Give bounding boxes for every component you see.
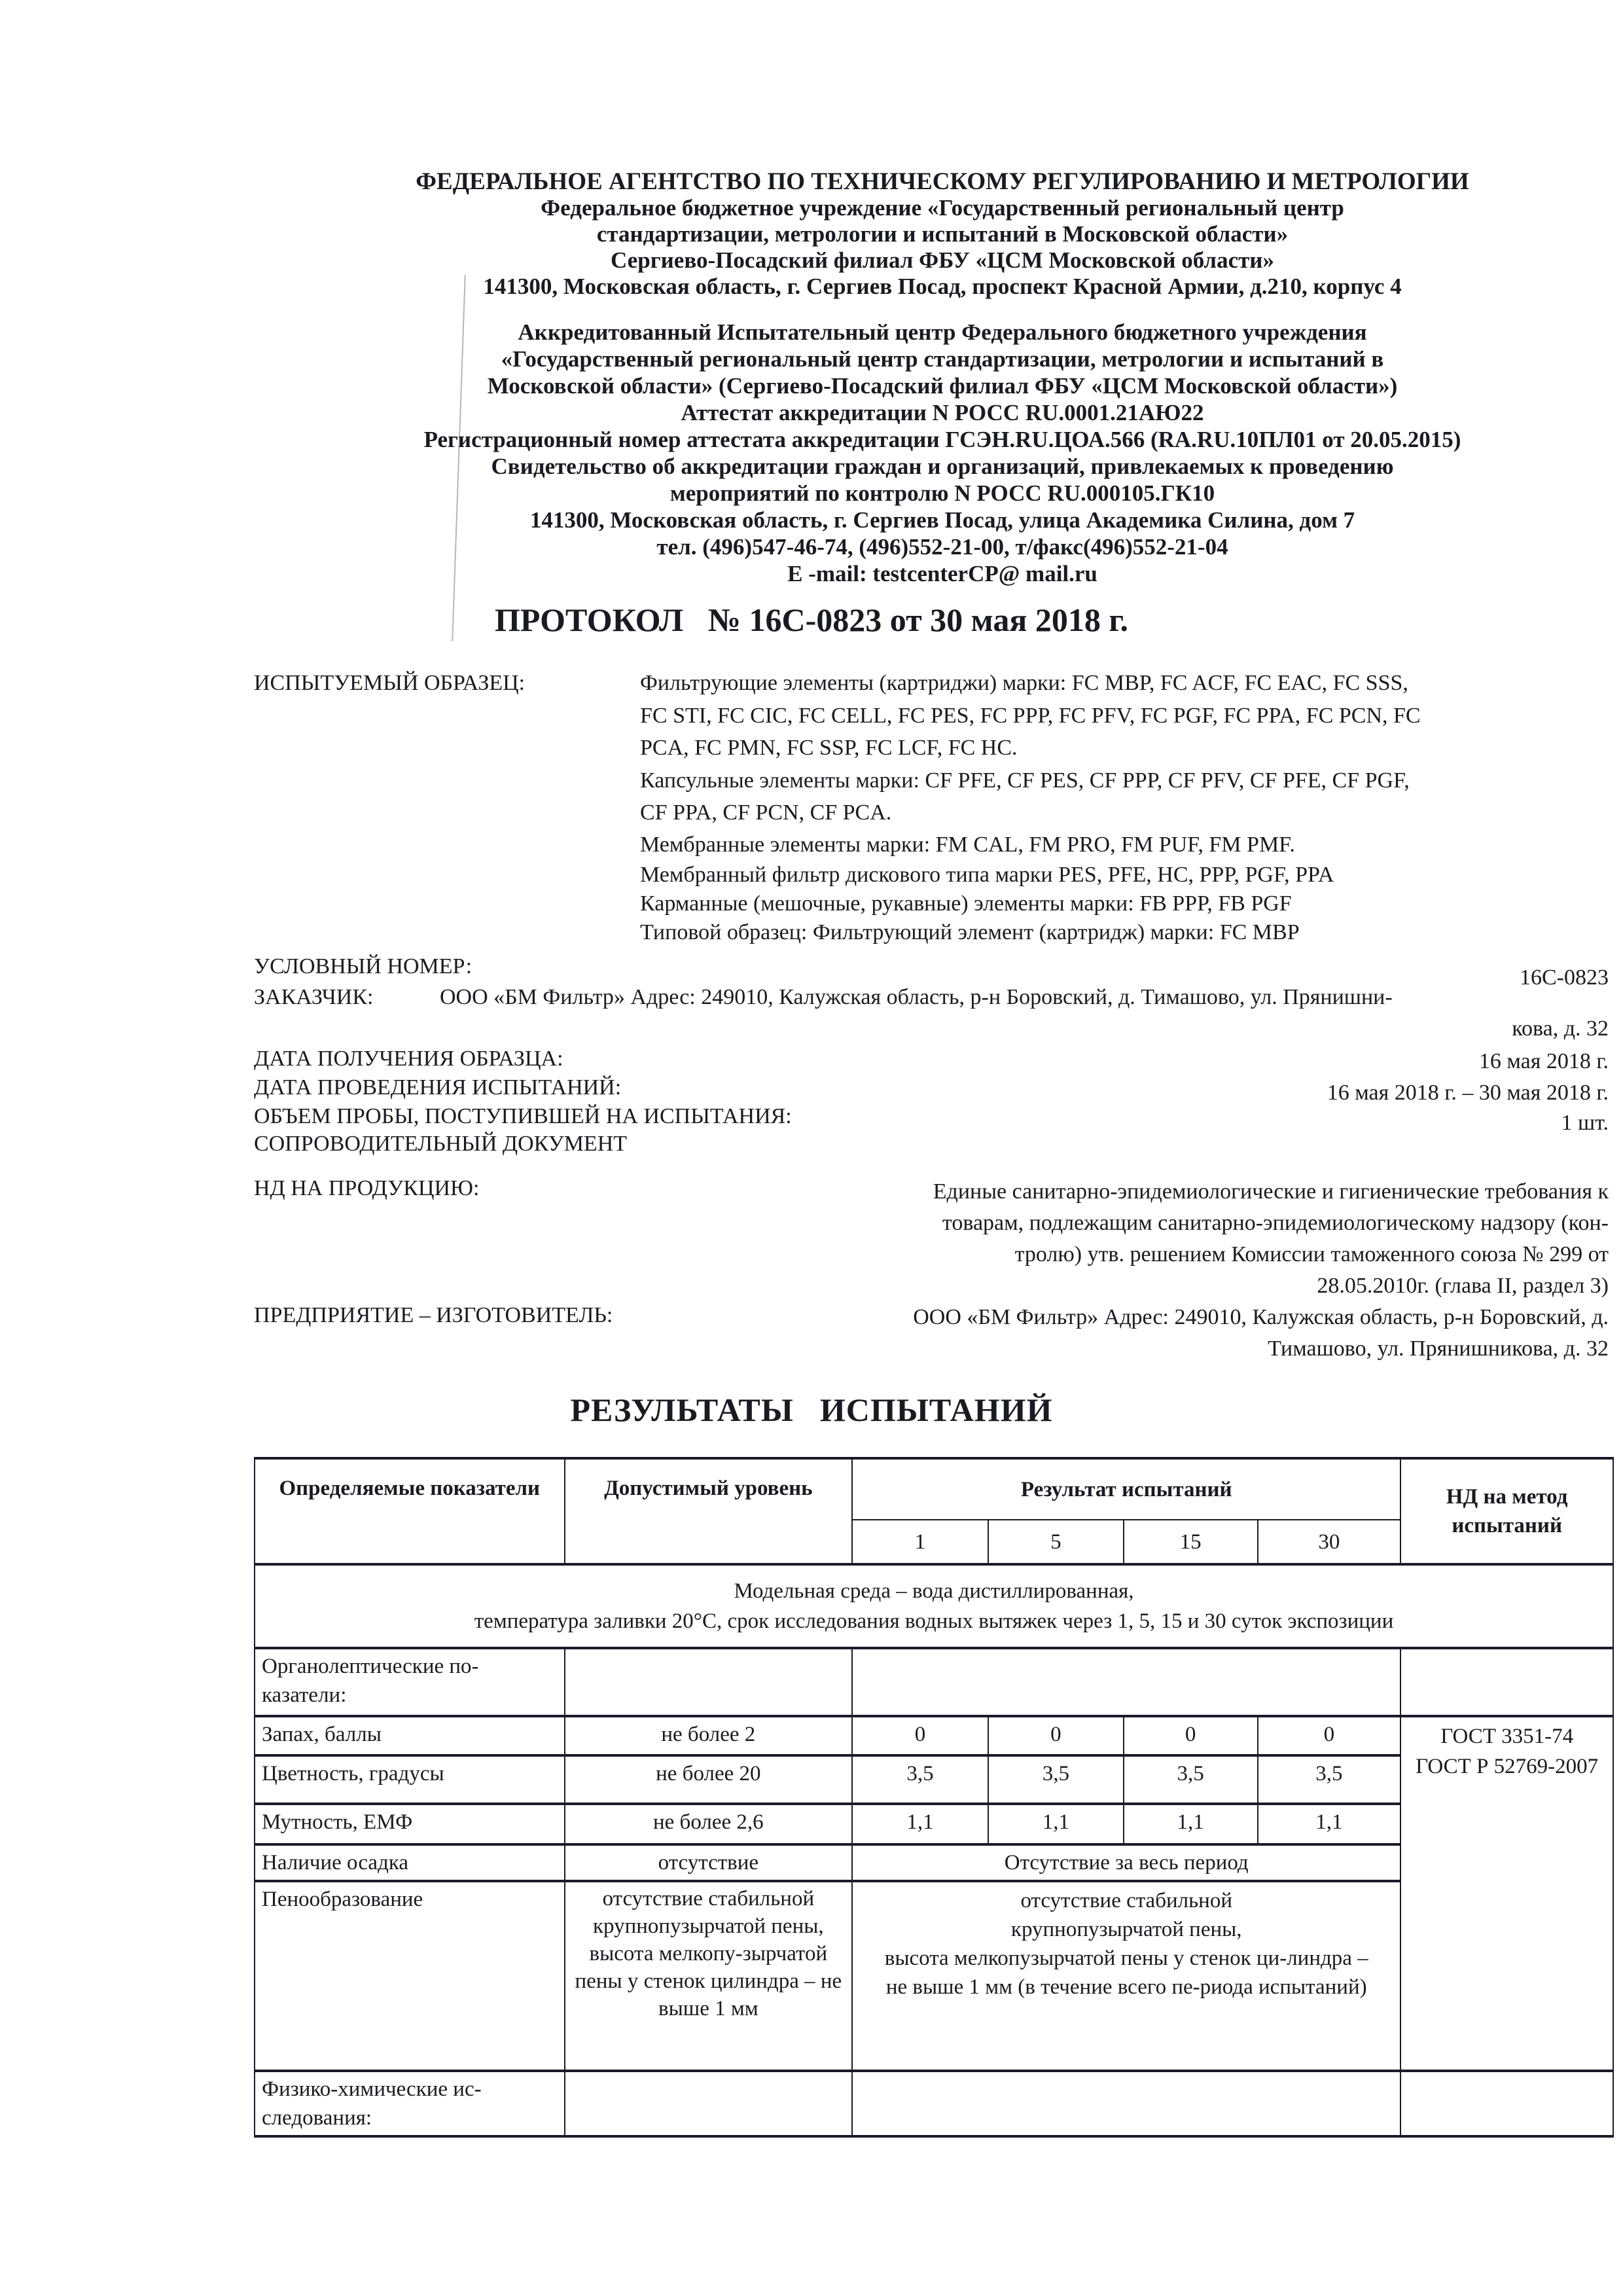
lab-line: «Государственный региональный центр стан… [314,346,1571,372]
results-title: РЕЗУЛЬТАТЫИСПЫТАНИЙ [0,1391,1623,1429]
receipt-date-value: 16 мая 2018 г. [1479,1047,1609,1076]
foam-result-line: высота мелкопузырчатой пены у стенок ци-… [879,1944,1374,2001]
method-reference: ГОСТ 3351-74 ГОСТ Р 52769-2007 [1400,1716,1613,2071]
result-value: 0 [1258,1716,1401,1755]
sample-line: Мембранный фильтр дискового типа марки P… [640,861,1421,889]
agency-header: ФЕДЕРАЛЬНОЕ АГЕНТСТВО ПО ТЕХНИЧЕСКОМУ РЕ… [327,169,1558,300]
accompanying-doc-label: СОПРОВОДИТЕЛЬНЫЙ ДОКУМЕНТ [254,1130,627,1158]
header-result: Результат испытаний [852,1458,1400,1520]
sample-line: PCA, FC PMN, FC SSP, FC LCF, FC HC. [640,732,1421,764]
customer-label: ЗАКАЗЧИК: [254,983,373,1012]
code-value: 16С-0823 [1520,963,1609,992]
registration-number: Регистрационный номер аттестата аккредит… [314,426,1571,453]
lab-header: Аккредитованный Испытательный центр Феде… [314,319,1571,587]
allowed-level: не более 2 [565,1716,853,1755]
results-title-word: ИСПЫТАНИЙ [820,1391,1053,1428]
result-value: 1,1 [1124,1804,1258,1844]
protocol-title: ПРОТОКОЛ № 16С-0823 от 30 мая 2018 г. [0,601,1623,639]
section-physchem: Физико-химические ис-следования: [255,2071,565,2136]
org-address: 141300, Московская область, г. Сергиев П… [327,274,1558,300]
lab-phone: тел. (496)547-46-74, (496)552-21-00, т/ф… [314,533,1571,560]
customer-value-line1: ООО «БМ Фильтр» Адрес: 249010, Калужская… [440,983,1393,1012]
product-nd-line: Единые санитарно-эпидемиологические и ги… [933,1176,1609,1208]
header-method: НД на метод испытаний [1400,1458,1613,1564]
header-day: 30 [1258,1520,1401,1564]
result-value: 3,5 [852,1755,988,1804]
sample-line: Карманные (мешочные, рукавные) элементы … [640,889,1421,918]
accreditation-certificate: Аттестат аккредитации N РОСС RU.0001.21А… [314,399,1571,426]
lab-email: E -mail: testcenterCP@ mail.ru [314,560,1571,587]
indicator-name: Цветность, градусы [255,1755,565,1804]
sample-line: Капсульные элементы марки: CF PFE, CF PE… [640,764,1421,797]
indicator-name: Запах, баллы [255,1716,565,1755]
sample-volume-value: 1 шт. [1561,1109,1609,1138]
sample-line: Мембранные элементы марки: FM CAL, FM PR… [640,829,1421,861]
manufacturer-line: ООО «БМ Фильтр» Адрес: 249010, Калужская… [913,1302,1609,1333]
result-value: 3,5 [988,1755,1124,1804]
manufacturer-line: Тимашово, ул. Прянишникова, д. 32 [913,1333,1609,1365]
allowed-level: не более 20 [565,1755,853,1804]
conditions-line: Модельная среда – вода дистиллированная, [262,1576,1606,1606]
org-line: Сергиево-Посадский филиал ФБУ «ЦСМ Моско… [327,247,1558,274]
org-line: стандартизации, метрологии и испытаний в… [327,221,1558,247]
org-line: Федеральное бюджетное учреждение «Госуда… [327,195,1558,221]
result-value: 0 [1124,1716,1258,1755]
empty-cell [852,2071,1400,2136]
sample-line: CF PPA, CF PCN, CF PCA. [640,797,1421,829]
manufacturer-label: ПРЕДПРИЯТИЕ – ИЗГОТОВИТЕЛЬ: [254,1301,613,1330]
result-value: 1,1 [852,1804,988,1844]
manufacturer-value: ООО «БМ Фильтр» Адрес: 249010, Калужская… [913,1302,1609,1365]
conditions-line: температура заливки 20°С, срок исследова… [262,1606,1606,1636]
allowed-level: не более 2,6 [565,1804,853,1844]
indicator-name: Пенообразование [255,1881,565,2071]
allowed-level: отсутствие стабильной крупнопузырчатой п… [565,1881,853,2071]
code-label: УСЛОВНЫЙ НОМЕР: [254,952,472,981]
test-dates-label: ДАТА ПРОВЕДЕНИЯ ИСПЫТАНИЙ: [254,1073,621,1102]
header-indicator: Определяемые показатели [255,1458,565,1564]
empty-cell [852,1648,1400,1716]
empty-cell [1400,1648,1613,1716]
lab-line: мероприятий по контролю N РОСС RU.000105… [314,480,1571,507]
product-nd-line: товарам, подлежащим санитарно-эпидемиоло… [933,1208,1609,1239]
sample-label: ИСПЫТУЕМЫЙ ОБРАЗЕЦ: [254,669,525,698]
header-day: 5 [988,1520,1124,1564]
sample-line: Типовой образец: Фильтрующий элемент (ка… [640,918,1421,947]
result-value: 3,5 [1124,1755,1258,1804]
empty-cell [565,1648,853,1716]
results-table: Определяемые показатели Допустимый урове… [254,1457,1614,2138]
product-nd-line: 28.05.2010г. (глава II, раздел 3) [933,1270,1609,1302]
empty-cell [1400,2071,1613,2136]
result-value: отсутствие стабильной крупнопузырчатой п… [852,1881,1400,2071]
result-value: Отсутствие за весь период [852,1844,1400,1881]
receipt-date-label: ДАТА ПОЛУЧЕНИЯ ОБРАЗЦА: [254,1045,563,1073]
sample-line: FC STI, FC CIC, FC CELL, FC PES, FC PPP,… [640,700,1421,732]
lab-address: 141300, Московская область, г. Сергиев П… [314,507,1571,533]
lab-line: Свидетельство об аккредитации граждан и … [314,453,1571,480]
result-value: 0 [988,1716,1124,1755]
result-value: 3,5 [1258,1755,1401,1804]
product-nd-value: Единые санитарно-эпидемиологические и ги… [933,1176,1609,1302]
lab-line: Московской области» (Сергиево-Посадский … [314,372,1571,399]
sample-volume-label: ОБЪЕМ ПРОБЫ, ПОСТУПИВШЕЙ НА ИСПЫТАНИЯ: [254,1102,792,1131]
allowed-level: отсутствие [565,1844,853,1881]
indicator-name: Наличие осадка [255,1844,565,1881]
sample-line: Фильтрующие элементы (картриджи) марки: … [640,667,1421,700]
section-organoleptic: Органолептические по-казатели: [255,1648,565,1716]
test-dates-value: 16 мая 2018 г. – 30 мая 2018 г. [1327,1079,1609,1107]
result-value: 0 [852,1716,988,1755]
customer-value-line2: кова, д. 32 [1512,1014,1609,1043]
sample-value: Фильтрующие элементы (картриджи) марки: … [640,667,1421,947]
lab-line: Аккредитованный Испытательный центр Феде… [314,319,1571,346]
foam-result-line: отсутствие стабильной крупнопузырчатой п… [879,1886,1374,1944]
result-value: 1,1 [1258,1804,1401,1844]
conditions-cell: Модельная среда – вода дистиллированная,… [255,1564,1613,1648]
product-nd-label: НД НА ПРОДУКЦИЮ: [254,1174,479,1203]
results-title-word: РЕЗУЛЬТАТЫ [571,1391,794,1428]
header-day: 15 [1124,1520,1258,1564]
empty-cell [565,2071,853,2136]
result-value: 1,1 [988,1804,1124,1844]
product-nd-line: тролю) утв. решением Комиссии таможенног… [933,1239,1609,1270]
agency-name: ФЕДЕРАЛЬНОЕ АГЕНТСТВО ПО ТЕХНИЧЕСКОМУ РЕ… [327,169,1558,195]
header-day: 1 [852,1520,988,1564]
indicator-name: Мутность, ЕМФ [255,1804,565,1844]
header-allowed: Допустимый уровень [565,1458,853,1564]
